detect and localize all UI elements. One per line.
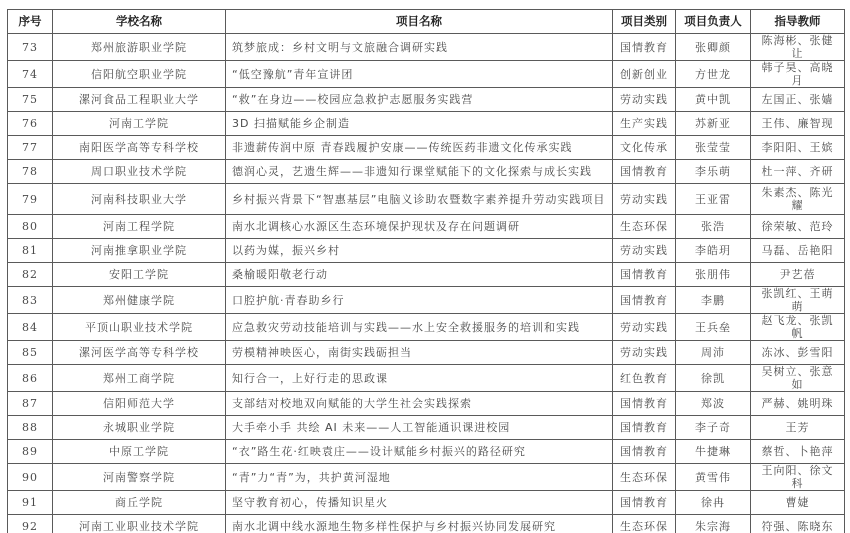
cell-leader: 朱宗海 (676, 515, 751, 533)
cell-project: 乡村振兴背景下“智惠基层”电脑义诊助农暨数字素养提升劳动实践项目 (226, 184, 613, 215)
cell-no: 87 (8, 392, 53, 416)
cell-leader: 李子奇 (676, 416, 751, 440)
cell-project: “救”在身边——校园应急救护志愿服务实践营 (226, 88, 613, 112)
cell-project: 桑榆暖阳敬老行动 (226, 263, 613, 287)
cell-category: 生态环保 (613, 464, 676, 491)
cell-leader: 张卿颜 (676, 34, 751, 61)
cell-leader: 王兵垒 (676, 314, 751, 341)
table-row: 80 河南工程学院 南水北调核心水源区生态环境保护现状及存在问题调研 生态环保 … (8, 215, 845, 239)
cell-category: 劳动实践 (613, 239, 676, 263)
cell-leader: 徐冉 (676, 491, 751, 515)
cell-project: 南水北调核心水源区生态环境保护现状及存在问题调研 (226, 215, 613, 239)
cell-category: 国情教育 (613, 34, 676, 61)
cell-category: 生产实践 (613, 112, 676, 136)
cell-school: 信阳航空职业学院 (53, 61, 226, 88)
cell-category: 国情教育 (613, 160, 676, 184)
cell-no: 73 (8, 34, 53, 61)
cell-category: 国情教育 (613, 263, 676, 287)
cell-category: 国情教育 (613, 416, 676, 440)
table-row: 75 漯河食品工程职业大学 “救”在身边——校园应急救护志愿服务实践营 劳动实践… (8, 88, 845, 112)
cell-advisor: 杜一萍、齐研 (751, 160, 845, 184)
table-row: 82 安阳工学院 桑榆暖阳敬老行动 国情教育 张朋伟 尹艺蓓 (8, 263, 845, 287)
table-row: 86 郑州工商学院 知行合一，上好行走的思政课 红色教育 徐凯 吴树立、张意如 (8, 365, 845, 392)
cell-category: 文化传承 (613, 136, 676, 160)
table-row: 77 南阳医学高等专科学校 非遗薪传润中原 青春践履护安康——传统医药非遗文化传… (8, 136, 845, 160)
cell-leader: 方世龙 (676, 61, 751, 88)
cell-advisor: 韩子昊、高晓月 (751, 61, 845, 88)
cell-leader: 张浩 (676, 215, 751, 239)
cell-leader: 王亚雷 (676, 184, 751, 215)
cell-school: 永城职业学院 (53, 416, 226, 440)
cell-advisor: 徐荣敏、范玲 (751, 215, 845, 239)
cell-no: 88 (8, 416, 53, 440)
header-leader: 项目负责人 (676, 10, 751, 34)
cell-school: 河南工学院 (53, 112, 226, 136)
cell-school: 南阳医学高等专科学校 (53, 136, 226, 160)
cell-school: 郑州工商学院 (53, 365, 226, 392)
cell-no: 82 (8, 263, 53, 287)
cell-advisor: 曹婕 (751, 491, 845, 515)
cell-no: 92 (8, 515, 53, 533)
cell-advisor: 朱素杰、陈光耀 (751, 184, 845, 215)
cell-advisor: 赵飞龙、张凯帆 (751, 314, 845, 341)
table-row: 74 信阳航空职业学院 “低空豫航”青年宣讲团 创新创业 方世龙 韩子昊、高晓月 (8, 61, 845, 88)
header-advisor: 指导教师 (751, 10, 845, 34)
cell-project: 劳模精神映医心，南街实践砺担当 (226, 341, 613, 365)
cell-category: 国情教育 (613, 491, 676, 515)
cell-project: 应急救灾劳动技能培训与实践——水上安全救援服务的培训和实践 (226, 314, 613, 341)
cell-school: 商丘学院 (53, 491, 226, 515)
cell-no: 75 (8, 88, 53, 112)
cell-project: “青”力“青”为，共护黄河湿地 (226, 464, 613, 491)
table-row: 85 漯河医学高等专科学校 劳模精神映医心，南街实践砺担当 劳动实践 周沛 冻冰… (8, 341, 845, 365)
cell-school: 河南工程学院 (53, 215, 226, 239)
cell-project: 大手牵小手 共绘 AI 未来——人工智能通识课进校园 (226, 416, 613, 440)
cell-no: 81 (8, 239, 53, 263)
cell-advisor: 马磊、岳艳阳 (751, 239, 845, 263)
table-row: 78 周口职业技术学院 德润心灵，艺遗生辉——非遗知行课堂赋能下的文化探索与成长… (8, 160, 845, 184)
project-list-table: 序号 学校名称 项目名称 项目类别 项目负责人 指导教师 73 郑州旅游职业学院… (7, 9, 845, 533)
cell-school: 漯河食品工程职业大学 (53, 88, 226, 112)
cell-school: 信阳师范大学 (53, 392, 226, 416)
cell-project: 以药为媒，振兴乡村 (226, 239, 613, 263)
table-row: 79 河南科技职业大学 乡村振兴背景下“智惠基层”电脑义诊助农暨数字素养提升劳动… (8, 184, 845, 215)
cell-advisor: 符强、陈晓东 (751, 515, 845, 533)
cell-advisor: 蔡哲、卜艳萍 (751, 440, 845, 464)
table-row: 89 中原工学院 “衣”路生花·红映袁庄——设计赋能乡村振兴的路径研究 国情教育… (8, 440, 845, 464)
cell-no: 90 (8, 464, 53, 491)
cell-project: “衣”路生花·红映袁庄——设计赋能乡村振兴的路径研究 (226, 440, 613, 464)
cell-leader: 张莹莹 (676, 136, 751, 160)
cell-project: 支部结对校地双向赋能的大学生社会实践探索 (226, 392, 613, 416)
header-school: 学校名称 (53, 10, 226, 34)
header-category: 项目类别 (613, 10, 676, 34)
cell-school: 河南科技职业大学 (53, 184, 226, 215)
cell-advisor: 王伟、廉智现 (751, 112, 845, 136)
cell-no: 77 (8, 136, 53, 160)
cell-advisor: 陈海彬、张健让 (751, 34, 845, 61)
cell-category: 国情教育 (613, 440, 676, 464)
cell-project: 坚守教育初心，传播知识星火 (226, 491, 613, 515)
cell-school: 河南警察学院 (53, 464, 226, 491)
cell-no: 79 (8, 184, 53, 215)
cell-school: 中原工学院 (53, 440, 226, 464)
cell-advisor: 李阳阳、王嫔 (751, 136, 845, 160)
cell-project: 知行合一，上好行走的思政课 (226, 365, 613, 392)
table-row: 76 河南工学院 3D 扫描赋能乡企制造 生产实践 苏新亚 王伟、廉智现 (8, 112, 845, 136)
cell-advisor: 张凯红、王萌萌 (751, 287, 845, 314)
cell-leader: 李乐萌 (676, 160, 751, 184)
cell-advisor: 冻冰、彭雪阳 (751, 341, 845, 365)
cell-no: 84 (8, 314, 53, 341)
table-row: 73 郑州旅游职业学院 筑梦旅成：乡村文明与文旅融合调研实践 国情教育 张卿颜 … (8, 34, 845, 61)
cell-school: 郑州旅游职业学院 (53, 34, 226, 61)
cell-project: 筑梦旅成：乡村文明与文旅融合调研实践 (226, 34, 613, 61)
cell-advisor: 严赫、姚明珠 (751, 392, 845, 416)
cell-category: 创新创业 (613, 61, 676, 88)
header-row: 序号 学校名称 项目名称 项目类别 项目负责人 指导教师 (8, 10, 845, 34)
cell-no: 74 (8, 61, 53, 88)
cell-leader: 苏新亚 (676, 112, 751, 136)
cell-leader: 黄中凯 (676, 88, 751, 112)
cell-advisor: 尹艺蓓 (751, 263, 845, 287)
table-row: 83 郑州健康学院 口腔护航·青春助乡行 国情教育 李鹏 张凯红、王萌萌 (8, 287, 845, 314)
table-row: 90 河南警察学院 “青”力“青”为，共护黄河湿地 生态环保 黄雪伟 王向阳、徐… (8, 464, 845, 491)
cell-leader: 李鹏 (676, 287, 751, 314)
cell-school: 安阳工学院 (53, 263, 226, 287)
cell-advisor: 吴树立、张意如 (751, 365, 845, 392)
cell-advisor: 左国正、张嫱 (751, 88, 845, 112)
cell-no: 78 (8, 160, 53, 184)
cell-leader: 李皓玥 (676, 239, 751, 263)
cell-category: 生态环保 (613, 515, 676, 533)
cell-advisor: 王芳 (751, 416, 845, 440)
cell-category: 国情教育 (613, 392, 676, 416)
cell-leader: 黄雪伟 (676, 464, 751, 491)
cell-project: 3D 扫描赋能乡企制造 (226, 112, 613, 136)
cell-no: 86 (8, 365, 53, 392)
cell-leader: 张朋伟 (676, 263, 751, 287)
cell-leader: 牛捷琳 (676, 440, 751, 464)
cell-project: “低空豫航”青年宣讲团 (226, 61, 613, 88)
cell-no: 83 (8, 287, 53, 314)
cell-leader: 郑波 (676, 392, 751, 416)
cell-no: 89 (8, 440, 53, 464)
header-no: 序号 (8, 10, 53, 34)
cell-category: 劳动实践 (613, 314, 676, 341)
cell-advisor: 王向阳、徐文科 (751, 464, 845, 491)
cell-no: 76 (8, 112, 53, 136)
cell-school: 漯河医学高等专科学校 (53, 341, 226, 365)
cell-category: 生态环保 (613, 215, 676, 239)
cell-category: 劳动实践 (613, 184, 676, 215)
cell-no: 85 (8, 341, 53, 365)
cell-school: 河南推拿职业学院 (53, 239, 226, 263)
cell-no: 91 (8, 491, 53, 515)
cell-no: 80 (8, 215, 53, 239)
cell-school: 周口职业技术学院 (53, 160, 226, 184)
cell-project: 口腔护航·青春助乡行 (226, 287, 613, 314)
cell-category: 劳动实践 (613, 341, 676, 365)
table-row: 87 信阳师范大学 支部结对校地双向赋能的大学生社会实践探索 国情教育 郑波 严… (8, 392, 845, 416)
cell-project: 非遗薪传润中原 青春践履护安康——传统医药非遗文化传承实践 (226, 136, 613, 160)
cell-school: 河南工业职业技术学院 (53, 515, 226, 533)
cell-leader: 周沛 (676, 341, 751, 365)
cell-project: 南水北调中线水源地生物多样性保护与乡村振兴协同发展研究 (226, 515, 613, 533)
table-row: 81 河南推拿职业学院 以药为媒，振兴乡村 劳动实践 李皓玥 马磊、岳艳阳 (8, 239, 845, 263)
cell-project: 德润心灵，艺遗生辉——非遗知行课堂赋能下的文化探索与成长实践 (226, 160, 613, 184)
table-row: 91 商丘学院 坚守教育初心，传播知识星火 国情教育 徐冉 曹婕 (8, 491, 845, 515)
cell-category: 劳动实践 (613, 88, 676, 112)
cell-category: 红色教育 (613, 365, 676, 392)
table-row: 88 永城职业学院 大手牵小手 共绘 AI 未来——人工智能通识课进校园 国情教… (8, 416, 845, 440)
table-row: 84 平顶山职业技术学院 应急救灾劳动技能培训与实践——水上安全救援服务的培训和… (8, 314, 845, 341)
cell-leader: 徐凯 (676, 365, 751, 392)
cell-school: 平顶山职业技术学院 (53, 314, 226, 341)
header-project: 项目名称 (226, 10, 613, 34)
cell-category: 国情教育 (613, 287, 676, 314)
cell-school: 郑州健康学院 (53, 287, 226, 314)
table-row: 92 河南工业职业技术学院 南水北调中线水源地生物多样性保护与乡村振兴协同发展研… (8, 515, 845, 533)
